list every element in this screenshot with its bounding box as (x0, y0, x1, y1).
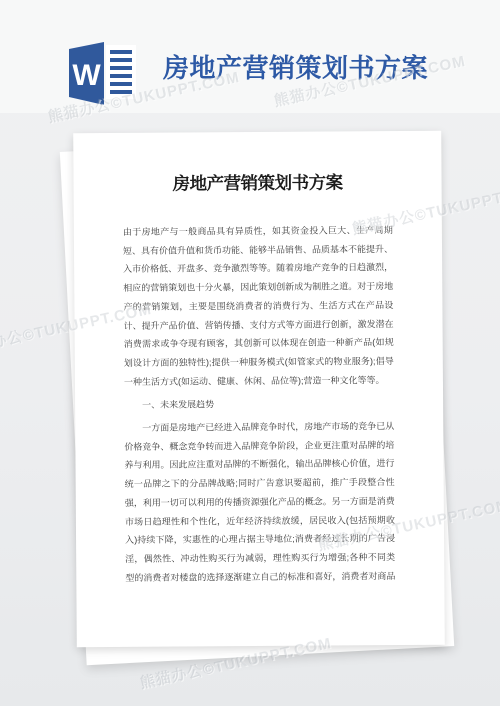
page-title: 房地产营销策划书方案 (163, 55, 428, 81)
document-section-heading: 一、未来发展趋势 (124, 394, 394, 415)
word-icon-letter: W (72, 59, 101, 92)
document-paragraph: 由于房地产与一般商品具有异质性，如其资金投入巨大、生产周期短、具有价值升值和货币… (123, 221, 394, 391)
page: W 房地产营销策划书方案 房地产营销策划书方案 由于房地产与一般商品具有异质性，… (0, 0, 500, 706)
document-page: 房地产营销策划书方案 由于房地产与一般商品具有异质性，如其资金投入巨大、生产周期… (73, 131, 445, 648)
header: W 房地产营销策划书方案 (0, 0, 500, 113)
word-icon: W (67, 40, 138, 107)
document-paragraph: 一方面是房地产已经进入品牌竞争时代，房地产市场的竞争已从价格竞争、概念竞争转而进… (124, 417, 395, 587)
document-title: 房地产营销策划书方案 (122, 171, 392, 195)
